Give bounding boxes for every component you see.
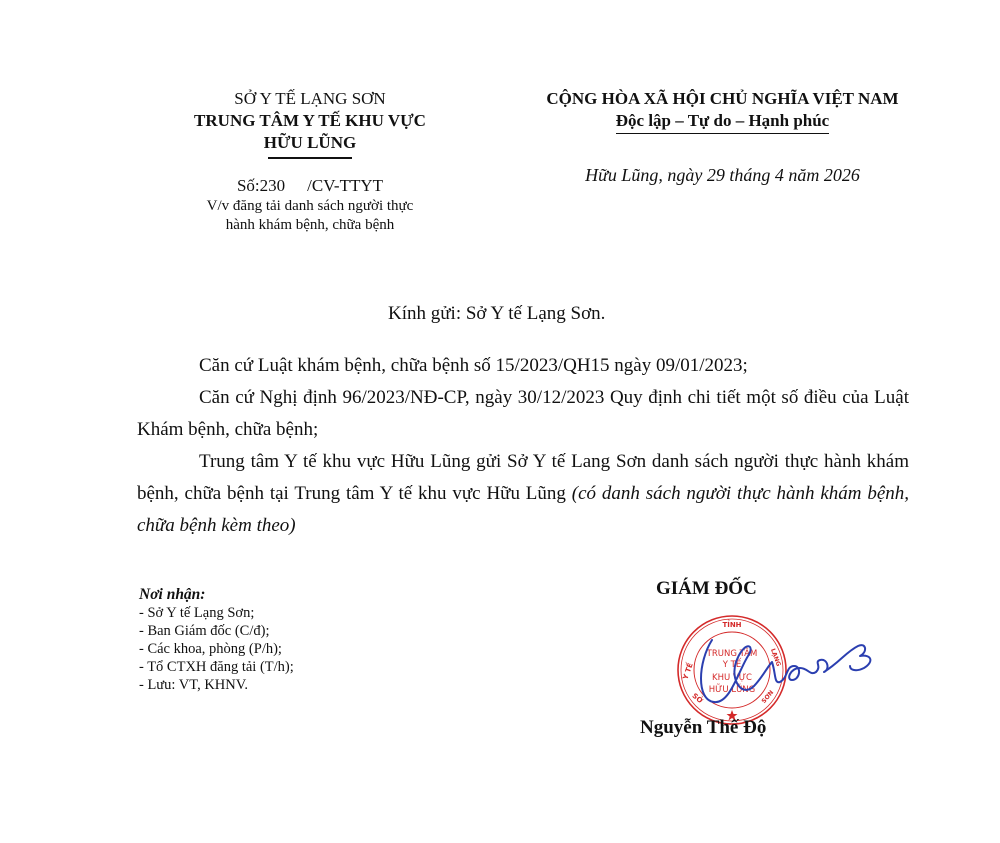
salutation: Kính gửi: Sở Y tế Lạng Sơn. (388, 303, 605, 325)
national-motto: Độc lập – Tự do – Hạnh phúc (616, 110, 829, 134)
signer-name: Nguyễn Thế Độ (640, 717, 766, 739)
org-name-line2: HỮU LŨNG (150, 132, 470, 154)
recipient-item: - Các khoa, phòng (P/h); (139, 640, 294, 658)
ministry-name: SỞ Y TẾ LẠNG SƠN (150, 88, 470, 110)
subject-line1: V/v đăng tải danh sách người thực (150, 197, 470, 216)
recipient-item: - Sở Y tế Lạng Sơn; (139, 604, 294, 622)
document-number: Số:230/CV-TTYT (150, 175, 470, 197)
national-header-block: CỘNG HÒA XÃ HỘI CHỦ NGHĨA VIỆT NAM Độc l… (505, 88, 940, 134)
body-paragraph-1: Căn cứ Luật khám bệnh, chữa bệnh số 15/2… (137, 350, 909, 382)
recipient-item: - Tổ CTXH đăng tải (T/h); (139, 658, 294, 676)
body-paragraph-3: Trung tâm Y tế khu vực Hữu Lũng gửi Sở Y… (137, 446, 909, 542)
date-line: Hữu Lũng, ngày 29 tháng 4 năm 2026 (505, 165, 940, 186)
recipients-block: Nơi nhận: - Sở Y tế Lạng Sơn; - Ban Giám… (139, 586, 294, 694)
doc-number-prefix: Số:230 (237, 176, 285, 195)
handwritten-signature-icon (690, 622, 890, 712)
recipient-item: - Ban Giám đốc (C/đ); (139, 622, 294, 640)
recipients-title: Nơi nhận: (139, 586, 294, 604)
signer-title: GIÁM ĐỐC (656, 578, 757, 600)
header-divider (268, 157, 352, 159)
document-body: Căn cứ Luật khám bệnh, chữa bệnh số 15/2… (137, 350, 909, 542)
body-paragraph-2: Căn cứ Nghị định 96/2023/NĐ-CP, ngày 30/… (137, 382, 909, 446)
issuing-authority-block: SỞ Y TẾ LẠNG SƠN TRUNG TÂM Y TẾ KHU VỰC … (150, 88, 470, 235)
recipient-item: - Lưu: VT, KHNV. (139, 676, 294, 694)
doc-number-suffix: /CV-TTYT (307, 176, 383, 195)
org-name-line1: TRUNG TÂM Y TẾ KHU VỰC (150, 110, 470, 132)
nation-name: CỘNG HÒA XÃ HỘI CHỦ NGHĨA VIỆT NAM (505, 88, 940, 110)
subject-line2: hành khám bệnh, chữa bệnh (150, 216, 470, 235)
